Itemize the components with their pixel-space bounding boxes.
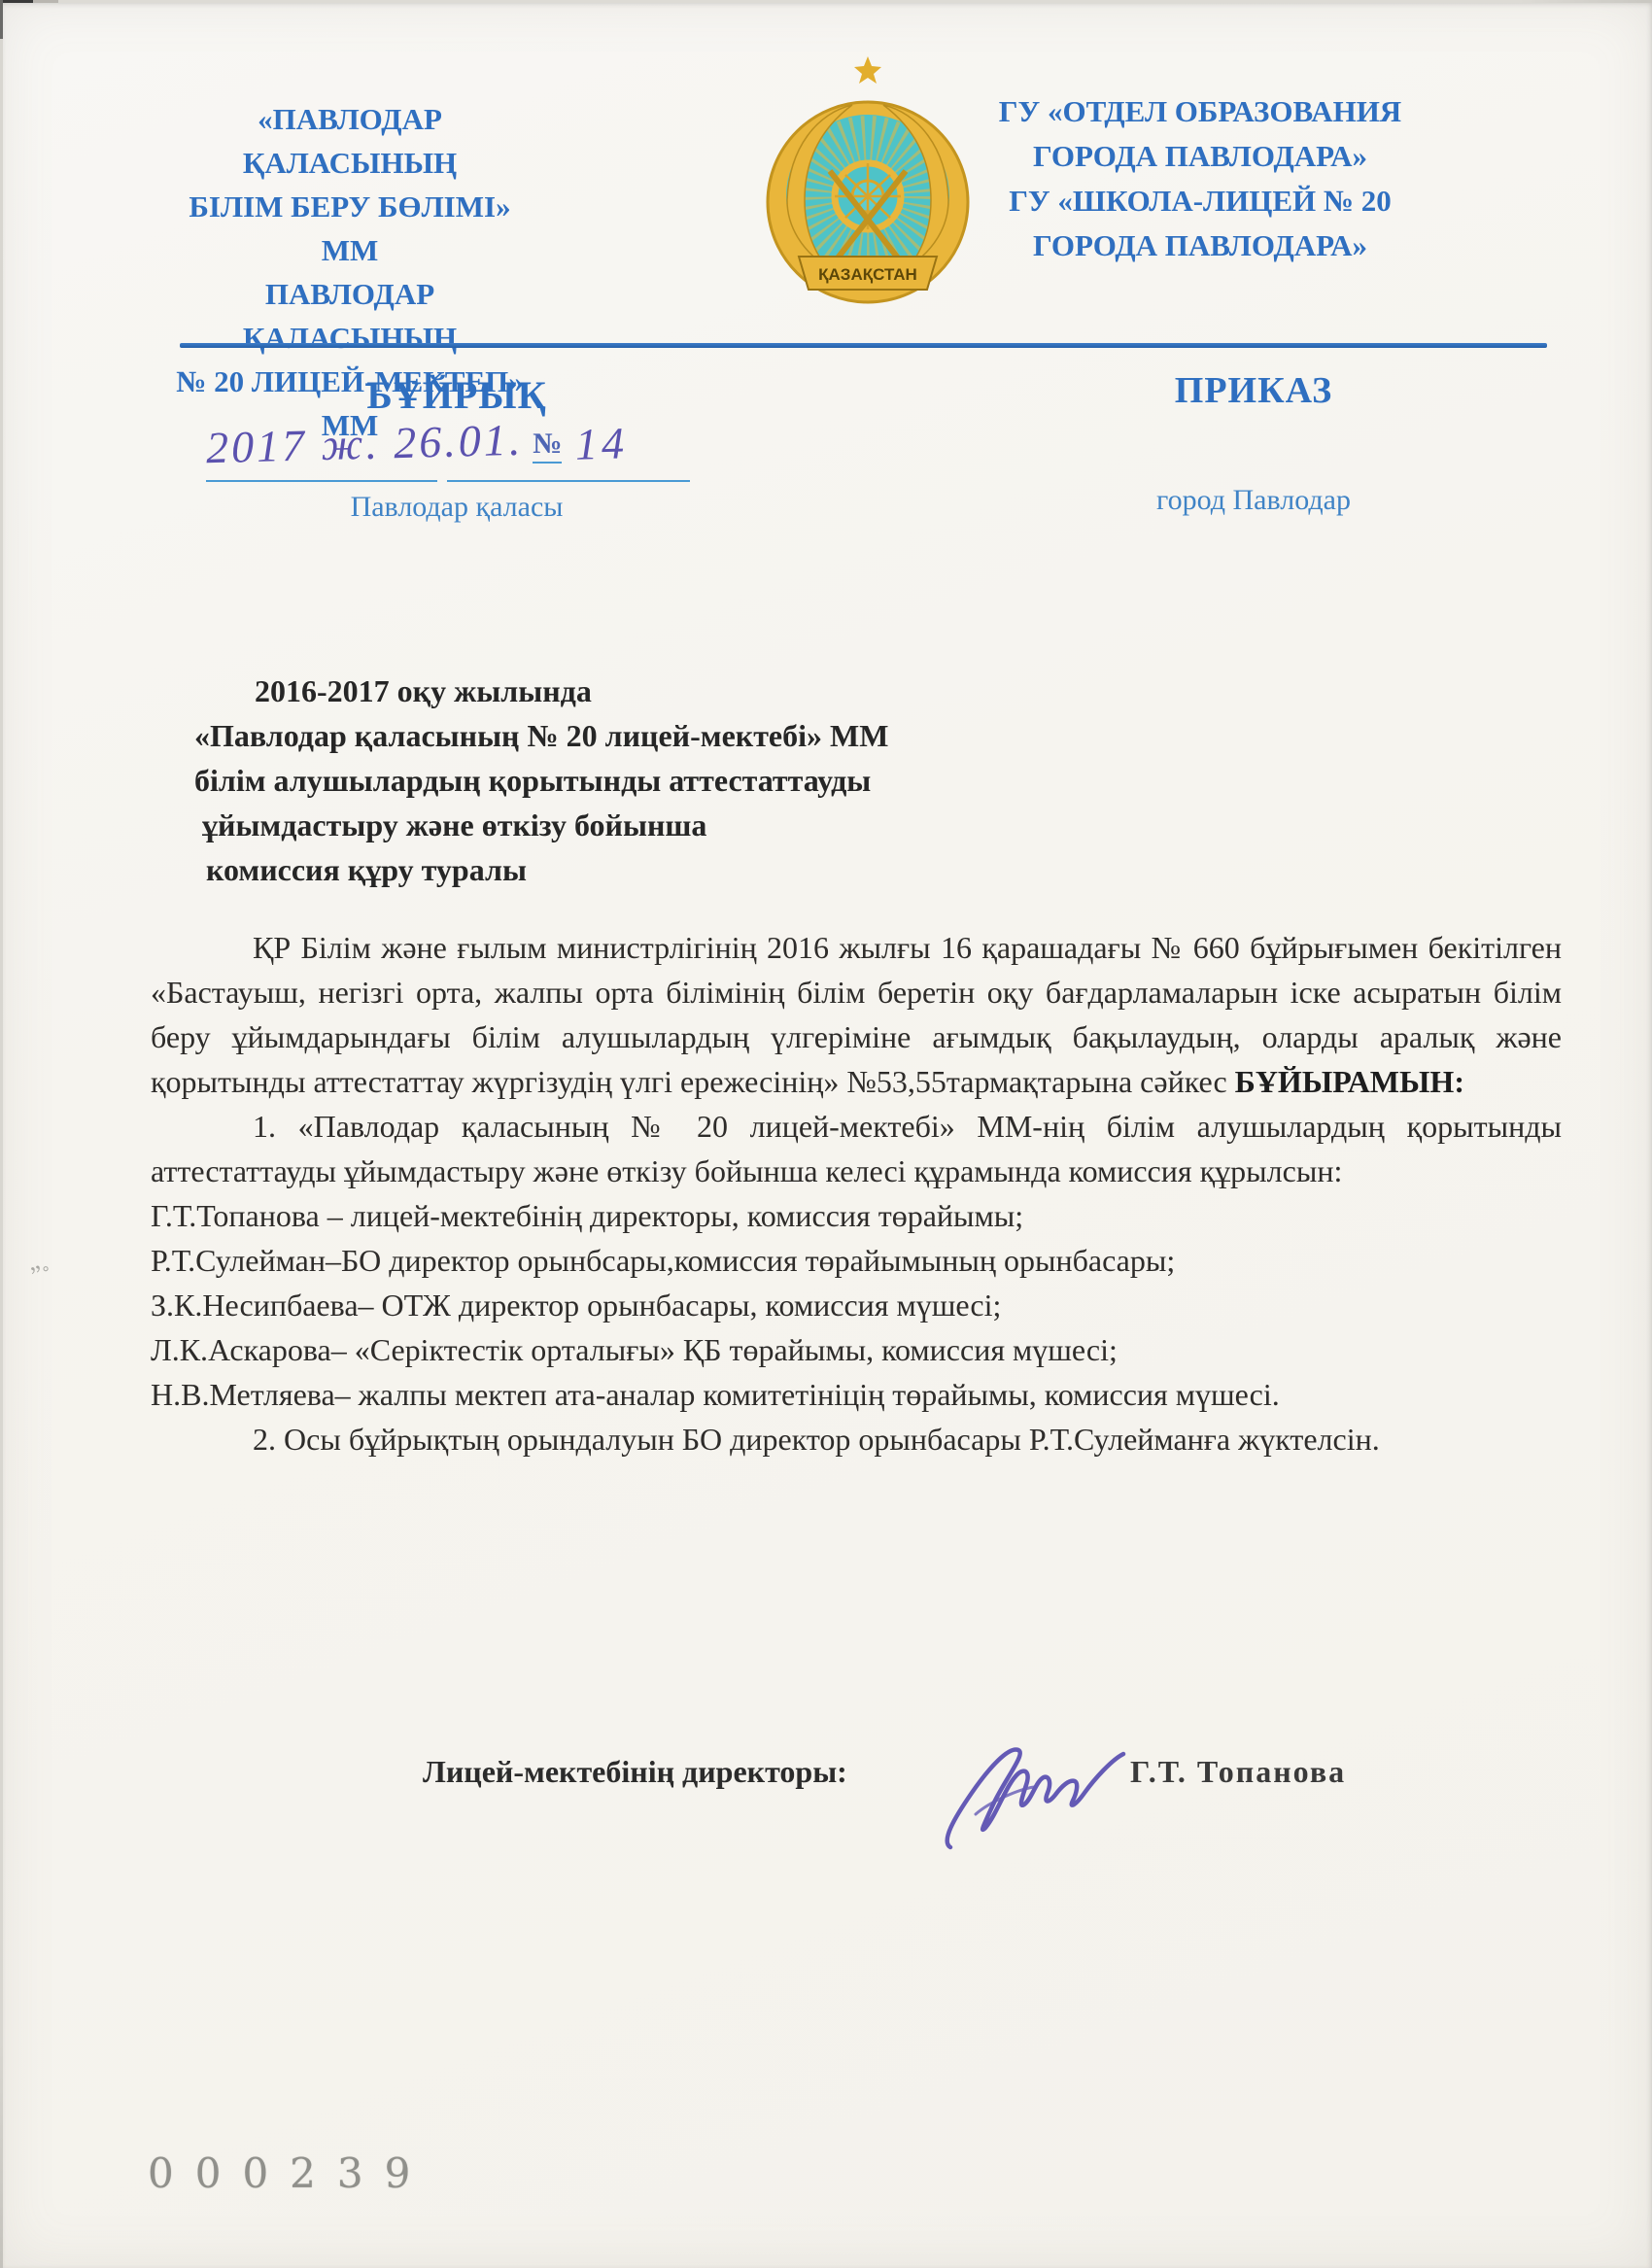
org-line: БІЛІМ БЕРУ БӨЛІМІ» ММ — [165, 185, 534, 272]
item-2-paragraph: 2. Осы бұйрықтың орындалуын БО директор … — [151, 1417, 1562, 1461]
commission-member: Г.Т.Топанова – лицей-мектебінің директор… — [151, 1193, 1562, 1238]
letterhead-divider-line — [180, 343, 1547, 348]
scan-edge-artifact — [0, 0, 3, 2268]
letterhead-org-russian: ГУ «ОТДЕЛ ОБРАЗОВАНИЯ ГОРОДА ПАВЛОДАРА» … — [986, 89, 1414, 268]
org-line: ГОРОДА ПАВЛОДАРА» — [986, 223, 1414, 268]
place-kazakh: Павлодар қаласы — [224, 491, 690, 524]
number-underline — [447, 480, 690, 482]
handwritten-order-number: 14 — [575, 417, 629, 469]
form-serial-stamp: 000239 — [148, 2149, 431, 2197]
subject-line: 2016-2017 оқу жылында — [194, 669, 1069, 713]
order-verb-bold: БҰЙЫРАМЫН: — [1235, 1064, 1464, 1099]
order-title-russian: ПРИКАЗ — [1011, 369, 1497, 412]
order-subject: 2016-2017 оқу жылында «Павлодар қаласыны… — [194, 669, 1069, 892]
subject-line: білім алушылардың қорытынды аттестаттауд… — [194, 758, 1069, 803]
handwritten-signature — [933, 1733, 1137, 1869]
order-title-kazakh: БҰЙРЫҚ — [224, 372, 690, 418]
subject-line: ұйымдастыру және өткізу бойынша — [194, 803, 1069, 847]
order-date-number-row: 2017 ж. 26.01.№14 — [206, 418, 945, 486]
commission-member: Л.К.Аскарова– «Серіктестік орталығы» ҚБ … — [151, 1327, 1562, 1372]
org-line: ГУ «ШКОЛА-ЛИЦЕЙ № 20 — [986, 179, 1414, 223]
commission-member: Р.Т.Сулейман–БО директор орынбсары,комис… — [151, 1238, 1562, 1283]
preamble-paragraph: ҚР Білім және ғылым министрлігінің 2016 … — [151, 925, 1562, 1104]
signature-label: Лицей-мектебінің директоры: — [423, 1754, 847, 1790]
handwritten-date: 2017 ж. 26.01. — [205, 414, 524, 474]
commission-member: З.К.Несипбаева– ОТЖ директор орынбасары,… — [151, 1283, 1562, 1327]
org-line: «ПАВЛОДАР ҚАЛАСЫНЫҢ — [165, 97, 534, 185]
org-line: ГОРОДА ПАВЛОДАРА» — [986, 134, 1414, 179]
signatory-name: Г.Т. Топанова — [1130, 1754, 1346, 1790]
scanned-order-document: „˳ «ПАВЛОДАР ҚАЛАСЫНЫҢ БІЛІМ БЕРУ БӨЛІМІ… — [0, 0, 1652, 2268]
number-sign: № — [533, 428, 562, 464]
subject-line: «Павлодар қаласының № 20 лицей-мектебі» … — [194, 713, 1069, 758]
org-line: ГУ «ОТДЕЛ ОБРАЗОВАНИЯ — [986, 89, 1414, 134]
signature-row: Лицей-мектебінің директоры: Г.Т. Топанов… — [423, 1754, 1394, 1890]
subject-line: комиссия құру туралы — [194, 847, 1069, 892]
scan-edge-artifact — [0, 0, 1652, 3]
commission-member: Н.В.Метляева– жалпы мектеп ата-аналар ко… — [151, 1372, 1562, 1417]
scan-smudge: „˳ — [23, 1244, 51, 1278]
kazakhstan-emblem-icon: ҚАЗАҚСТАН — [760, 54, 976, 309]
emblem-banner-text: ҚАЗАҚСТАН — [818, 265, 917, 284]
order-body: ҚР Білім және ғылым министрлігінің 2016 … — [151, 925, 1562, 1461]
item-1-paragraph: 1. «Павлодар қаласының № 20 лицей-мектеб… — [151, 1104, 1562, 1193]
place-russian: город Павлодар — [1011, 484, 1497, 517]
date-underline — [206, 480, 437, 482]
